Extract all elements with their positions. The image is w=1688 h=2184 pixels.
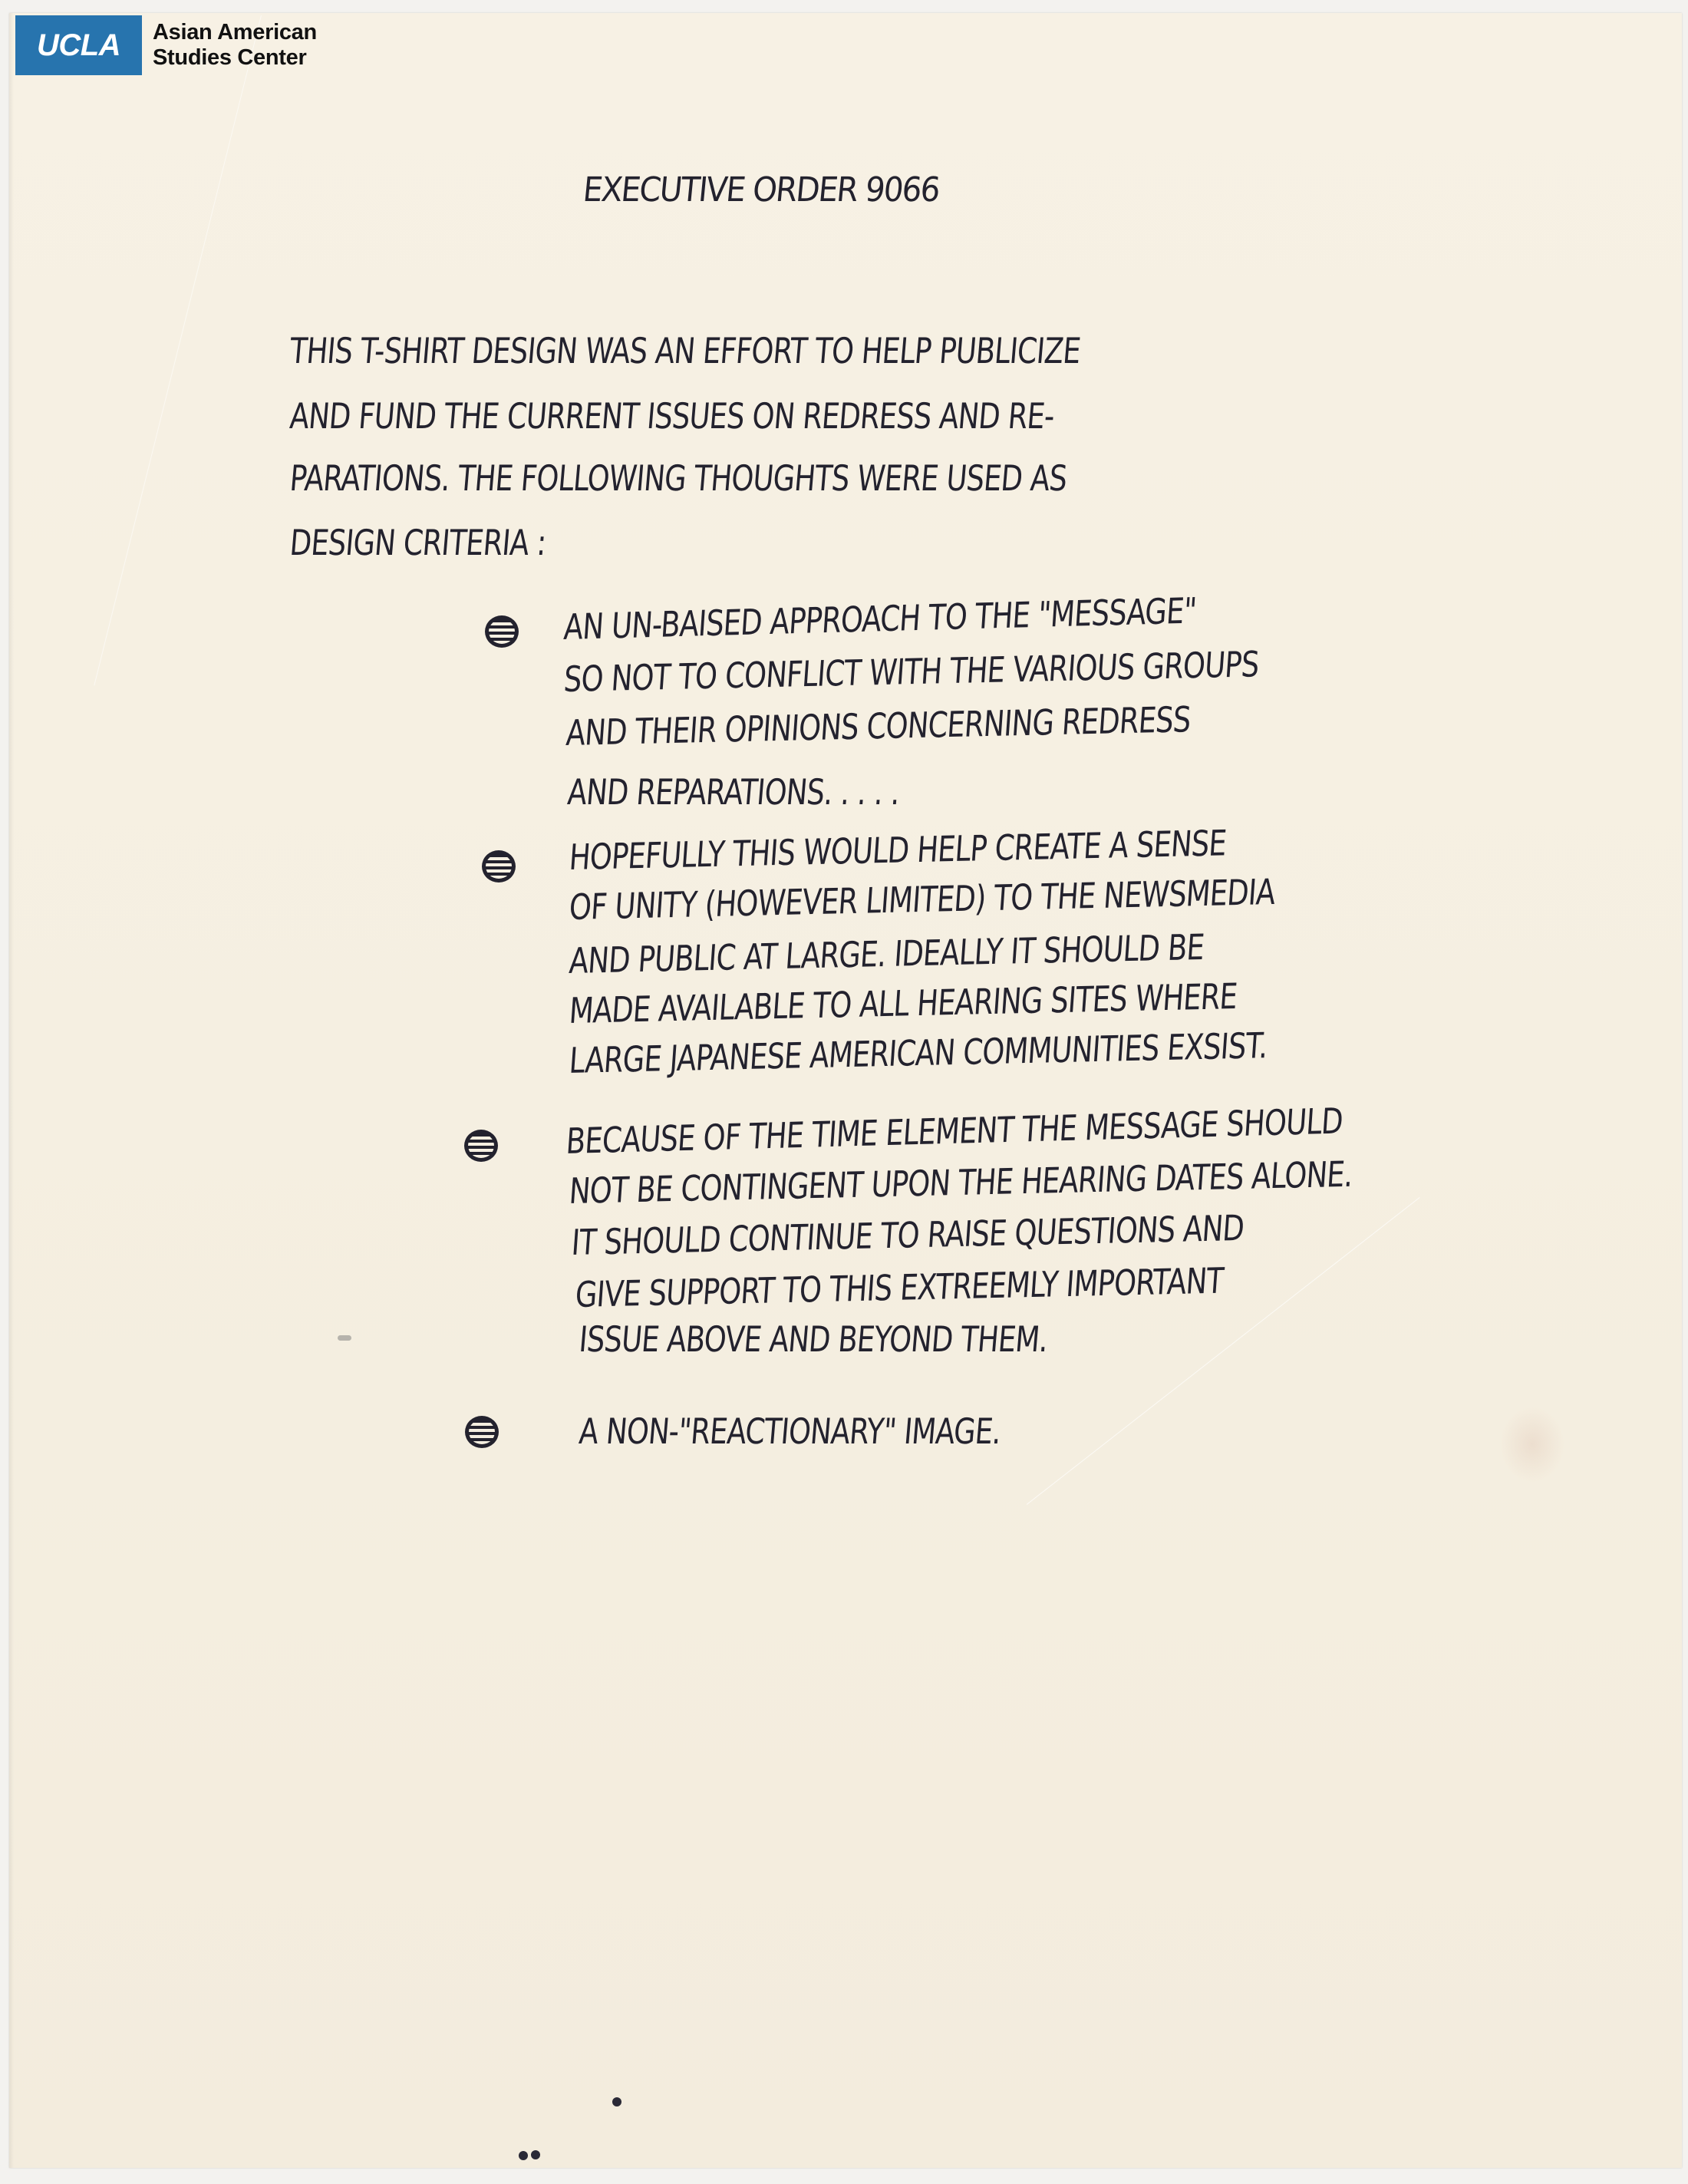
- ucla-aasc-logo: UCLA Asian American Studies Center: [15, 15, 317, 75]
- document-title: EXECUTIVE ORDER 9066: [582, 170, 941, 209]
- bullet-line: AND REPARATIONS. . . . .: [566, 771, 902, 813]
- ink-dot: [612, 2097, 621, 2106]
- pencil-smudge: [338, 1335, 351, 1341]
- logo-line-1: Asian American: [153, 20, 317, 45]
- intro-line: DESIGN CRITERIA :: [288, 522, 548, 563]
- logo-center-name: Asian American Studies Center: [153, 20, 317, 71]
- intro-line: THIS T-SHIRT DESIGN WAS AN EFFORT TO HEL…: [288, 330, 1083, 371]
- logo-line-2: Studies Center: [153, 45, 317, 71]
- ucla-logo-mark: UCLA: [15, 15, 142, 75]
- ink-dot: [531, 2150, 540, 2159]
- ink-dot: [519, 2151, 528, 2160]
- intro-line: PARATIONS. THE FOLLOWING THOUGHTS WERE U…: [288, 457, 1069, 499]
- scribbled-bullet-icon: [485, 615, 519, 648]
- bullet-line: A NON-"REACTIONARY" IMAGE.: [578, 1410, 1003, 1452]
- scribbled-bullet-icon: [465, 1416, 499, 1448]
- scribbled-bullet-icon: [464, 1130, 498, 1162]
- scribbled-bullet-icon: [482, 850, 516, 883]
- intro-line: AND FUND THE CURRENT ISSUES ON REDRESS A…: [288, 395, 1056, 437]
- bullet-line: ISSUE ABOVE AND BEYOND THEM.: [578, 1318, 1050, 1360]
